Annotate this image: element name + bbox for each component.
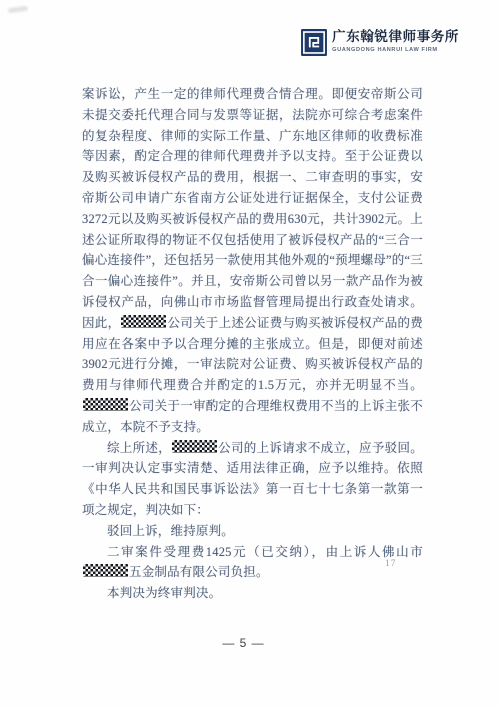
paragraph: 本判决为终审判决。: [82, 583, 423, 604]
scan-artifact: [8, 6, 29, 14]
redacted-text: [83, 398, 128, 411]
redacted-text: [121, 315, 166, 328]
firm-names: 广东翰锐律师事务所 GUANGDONG HANRUI LAW FIRM: [332, 29, 459, 54]
firm-name-chinese: 广东翰锐律师事务所: [332, 29, 459, 45]
paragraph: 二审案件受理费1425元（已交纳），由上诉人佛山市五金制品有限公司负担。: [82, 542, 423, 584]
document-body: 案诉讼，产生一定的律师代理费合情合理。即便安帝斯公司未提交委托代理合同与发票等证…: [82, 84, 423, 604]
document-page: 广东翰锐律师事务所 GUANGDONG HANRUI LAW FIRM 案诉讼，…: [0, 0, 500, 707]
paragraph: 驳回上诉，维持原判。: [82, 521, 423, 542]
paragraph: 综上所述，公司的上诉请求不成立，应予驳回。一审判决认定事实清楚、适用法律正确，应…: [82, 438, 423, 521]
letterhead: 广东翰锐律师事务所 GUANGDONG HANRUI LAW FIRM: [301, 29, 459, 56]
law-firm-logo-icon: [301, 29, 327, 56]
footer-page-number: — 5 —: [0, 636, 487, 650]
scan-page-number: 17: [385, 559, 397, 569]
firm-name-english: GUANGDONG HANRUI LAW FIRM: [332, 47, 459, 54]
redacted-text: [172, 440, 217, 453]
redacted-text: [83, 564, 128, 577]
paragraph: 案诉讼，产生一定的律师代理费合情合理。即便安帝斯公司未提交委托代理合同与发票等证…: [82, 84, 423, 438]
